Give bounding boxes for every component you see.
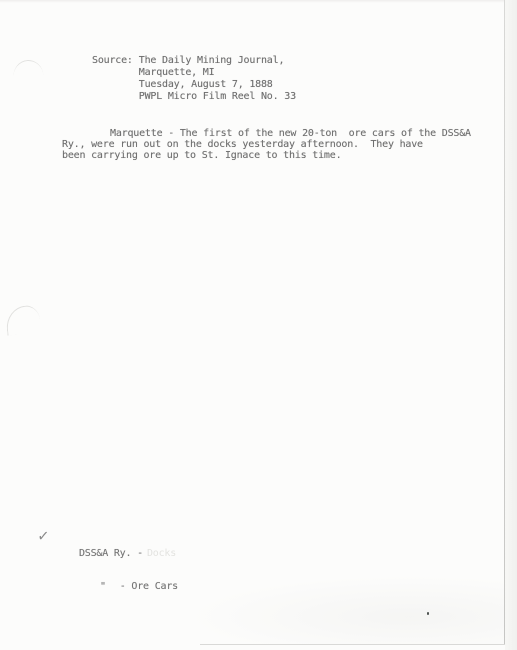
- source-label: Source:: [92, 55, 133, 103]
- scan-shading-bottom-right: [185, 575, 505, 645]
- source-citation-block: Source: The Daily Mining Journal, Marque…: [92, 55, 296, 103]
- index-note-entry: - Ore Cars: [120, 581, 178, 592]
- page-curl-artifact-top: [12, 59, 43, 79]
- index-note-line-2: "- Ore Cars: [44, 570, 178, 603]
- checkmark-icon: ✓: [37, 530, 49, 542]
- index-note-line-1: ✓DSS&A Ry. -Docks: [44, 537, 178, 570]
- page-bottom-edge-line: [200, 644, 505, 645]
- page-right-edge-strip: [505, 0, 517, 650]
- scanned-document-page: Source: The Daily Mining Journal, Marque…: [0, 0, 517, 650]
- source-lines: The Daily Mining Journal, Marquette, MI …: [139, 55, 296, 103]
- article-line-1: Marquette - The first of the new 20-ton …: [62, 128, 471, 139]
- source-line-date: Tuesday, August 7, 1888: [139, 79, 296, 91]
- article-line-2: Ry., were run out on the docks yesterday…: [62, 139, 471, 150]
- source-line-reel: PWPL Micro Film Reel No. 33: [139, 91, 296, 103]
- source-line-journal: The Daily Mining Journal,: [139, 55, 296, 67]
- index-note-subject: DSS&A Ry. -: [79, 548, 143, 559]
- ditto-mark: ": [100, 581, 106, 592]
- scan-speck: [427, 612, 429, 615]
- article-paragraph: Marquette - The first of the new 20-ton …: [62, 128, 471, 161]
- scan-shading-top: [0, 0, 517, 3]
- source-line-city: Marquette, MI: [139, 67, 296, 79]
- index-note-faint-text: Docks: [147, 548, 176, 559]
- index-notes-block: ✓DSS&A Ry. -Docks "- Ore Cars: [44, 537, 178, 603]
- page-curl-artifact-middle: [5, 304, 42, 335]
- article-line-3: been carrying ore up to St. Ignace to th…: [62, 150, 471, 161]
